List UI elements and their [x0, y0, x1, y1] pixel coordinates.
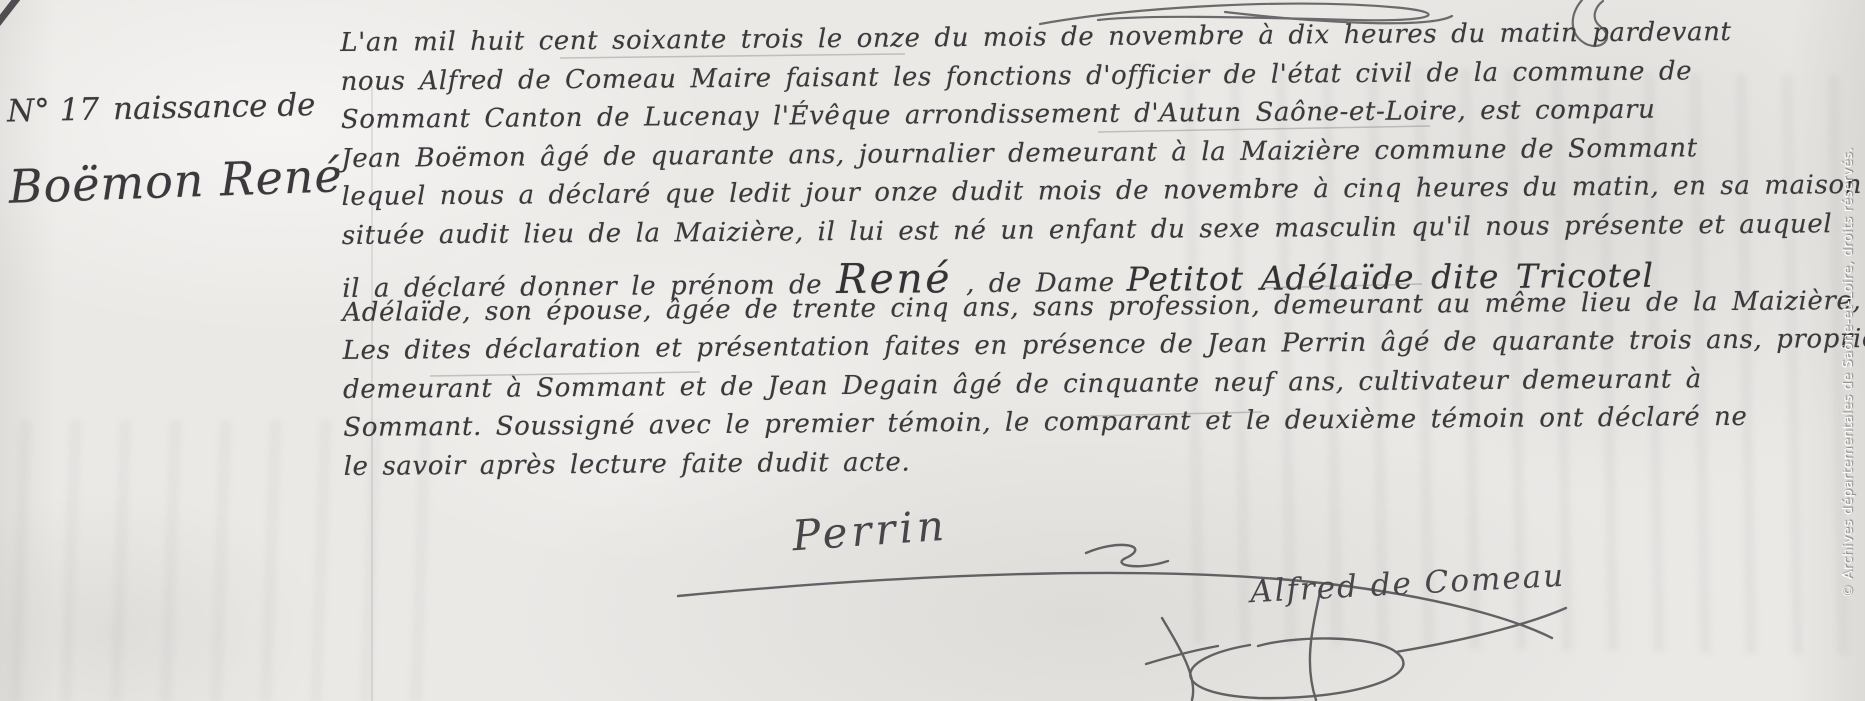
act-type-label: naissance de	[113, 87, 316, 127]
perrin-tail-flourish	[1086, 545, 1168, 566]
act-body-text: L'an mil huit cent soixante trois le onz…	[340, 16, 1856, 490]
margin-note-header: N° 17naissance de	[7, 87, 342, 130]
mayor-paraph	[1310, 592, 1320, 700]
mayor-paraph	[1162, 618, 1193, 700]
watermark-copyright: © Archives départementales de Saône-et-L…	[1840, 148, 1856, 598]
corner-mark	[0, 0, 22, 28]
mayor-paraph	[1190, 638, 1403, 698]
act-number: N° 17	[7, 92, 100, 130]
mayor-paraph	[1146, 646, 1218, 664]
mayor-paraph	[1396, 608, 1566, 652]
act-person-name: Boëmon René	[8, 148, 344, 214]
margin-note: N° 17naissance de Boëmon René	[7, 87, 343, 212]
signature-perrin: Perrin	[790, 501, 949, 561]
signature-mayor: Alfred de Comeau	[1249, 558, 1566, 610]
scanned-register-page: N° 17naissance de Boëmon René L'an mil h…	[0, 0, 1865, 701]
